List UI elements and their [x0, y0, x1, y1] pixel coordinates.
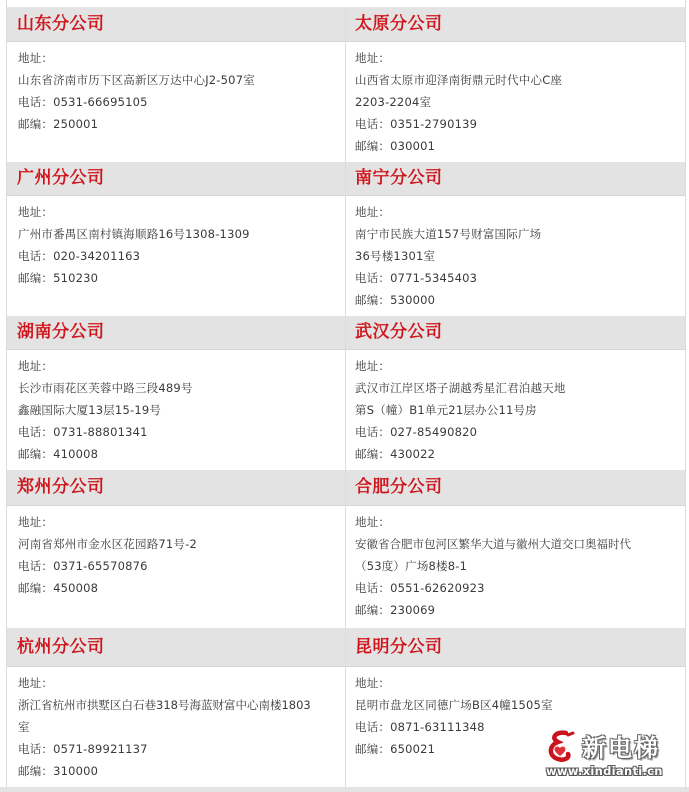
- address-label: 地址：: [355, 201, 675, 223]
- phone: 电话：020-34201163: [18, 245, 335, 267]
- address-label: 地址：: [355, 47, 675, 69]
- zip-code: 邮编：530000: [355, 289, 675, 311]
- office-title: 杭州分公司: [7, 628, 345, 667]
- phone: 电话：0351-2790139: [355, 113, 675, 135]
- address-line: 2203-2204室: [355, 91, 675, 113]
- address-label: 地址：: [355, 355, 675, 377]
- phone: 电话：0551-62620923: [355, 577, 675, 599]
- address-line: 室: [18, 716, 335, 738]
- office-card-hefei: 合肥分公司 地址： 安徽省合肥市包河区繁华大道与徽州大道交口奥福时代 （53度）…: [346, 470, 685, 628]
- phone: 电话：0571-89921137: [18, 738, 335, 760]
- phone: 电话：0531-66695105: [18, 91, 335, 113]
- office-title: 广州分公司: [7, 162, 345, 196]
- office-details: 地址： 长沙市雨花区芙蓉中路三段489号 鑫融国际大厦13层15-19号 电话：…: [7, 350, 345, 465]
- zip-code: 邮编：510230: [18, 267, 335, 289]
- address-line: 南宁市民族大道157号财富国际广场: [355, 223, 675, 245]
- office-details: 地址： 浙江省杭州市拱墅区白石巷318号海蓝财富中心南楼1803 室 电话：05…: [7, 667, 345, 782]
- office-card-hangzhou: 杭州分公司 地址： 浙江省杭州市拱墅区白石巷318号海蓝财富中心南楼1803 室…: [7, 628, 346, 788]
- bottom-header-band: [0, 787, 689, 792]
- watermark-brand: 新电梯: [582, 728, 660, 763]
- office-title: 郑州分公司: [7, 470, 345, 506]
- zip-code: 邮编：030001: [355, 135, 675, 157]
- address-label: 地址：: [18, 511, 335, 533]
- office-details: 地址： 山东省济南市历下区高新区万达中心J2-507室 电话：0531-6669…: [7, 42, 345, 135]
- office-title: 山东分公司: [7, 8, 345, 42]
- address-line: 第S（幢）B1单元21层办公11号房: [355, 399, 675, 421]
- phone: 电话：0371-65570876: [18, 555, 335, 577]
- branch-office-grid: 山东分公司 地址： 山东省济南市历下区高新区万达中心J2-507室 电话：053…: [6, 0, 686, 788]
- office-card-hunan: 湖南分公司 地址： 长沙市雨花区芙蓉中路三段489号 鑫融国际大厦13层15-1…: [7, 316, 346, 470]
- address-line: 安徽省合肥市包河区繁华大道与徽州大道交口奥福时代: [355, 533, 675, 555]
- office-details: 地址： 广州市番禺区南村镇海顺路16号1308-1309 电话：020-3420…: [7, 196, 345, 289]
- address-line: 广州市番禺区南村镇海顺路16号1308-1309: [18, 223, 335, 245]
- office-details: 地址： 武汉市江岸区塔子湖越秀星汇君泊越天地 第S（幢）B1单元21层办公11号…: [346, 350, 685, 465]
- address-label: 地址：: [355, 511, 675, 533]
- xindianti-logo-icon: [546, 730, 576, 762]
- address-label: 地址：: [18, 201, 335, 223]
- office-title: 昆明分公司: [346, 628, 685, 667]
- office-title: 太原分公司: [346, 8, 685, 42]
- phone: 电话：0771-5345403: [355, 267, 675, 289]
- office-card-zhengzhou: 郑州分公司 地址： 河南省郑州市金水区花园路71号-2 电话：0371-6557…: [7, 470, 346, 628]
- office-row: 湖南分公司 地址： 长沙市雨花区芙蓉中路三段489号 鑫融国际大厦13层15-1…: [7, 316, 685, 470]
- office-card-taiyuan: 太原分公司 地址： 山西省太原市迎泽南街鼎元时代中心C座 2203-2204室 …: [346, 8, 685, 162]
- office-row: 山东分公司 地址： 山东省济南市历下区高新区万达中心J2-507室 电话：053…: [7, 8, 685, 162]
- office-details: 地址： 南宁市民族大道157号财富国际广场 36号楼1301室 电话：0771-…: [346, 196, 685, 311]
- office-title: 合肥分公司: [346, 470, 685, 506]
- address-line: 山东省济南市历下区高新区万达中心J2-507室: [18, 69, 335, 91]
- phone: 电话：027-85490820: [355, 421, 675, 443]
- address-label: 地址：: [18, 672, 335, 694]
- zip-code: 邮编：310000: [18, 760, 335, 782]
- office-details: 地址： 河南省郑州市金水区花园路71号-2 电话：0371-65570876 邮…: [7, 506, 345, 599]
- address-label: 地址：: [355, 672, 675, 694]
- address-line: 山西省太原市迎泽南街鼎元时代中心C座: [355, 69, 675, 91]
- office-title: 湖南分公司: [7, 316, 345, 350]
- office-card-nanning: 南宁分公司 地址： 南宁市民族大道157号财富国际广场 36号楼1301室 电话…: [346, 162, 685, 316]
- office-title: 武汉分公司: [346, 316, 685, 350]
- office-title: 南宁分公司: [346, 162, 685, 196]
- address-label: 地址：: [18, 355, 335, 377]
- address-line: 浙江省杭州市拱墅区白石巷318号海蓝财富中心南楼1803: [18, 694, 335, 716]
- top-spacer: [7, 0, 685, 8]
- office-details: 地址： 安徽省合肥市包河区繁华大道与徽州大道交口奥福时代 （53度）广场8楼8-…: [346, 506, 685, 621]
- address-line: 长沙市雨花区芙蓉中路三段489号: [18, 377, 335, 399]
- address-line: 武汉市江岸区塔子湖越秀星汇君泊越天地: [355, 377, 675, 399]
- office-card-guangzhou: 广州分公司 地址： 广州市番禺区南村镇海顺路16号1308-1309 电话：02…: [7, 162, 346, 316]
- address-line: 36号楼1301室: [355, 245, 675, 267]
- zip-code: 邮编：250001: [18, 113, 335, 135]
- phone: 电话：0731-88801341: [18, 421, 335, 443]
- address-line: （53度）广场8楼8-1: [355, 555, 675, 577]
- zip-code: 邮编：450008: [18, 577, 335, 599]
- office-row: 广州分公司 地址： 广州市番禺区南村镇海顺路16号1308-1309 电话：02…: [7, 162, 685, 316]
- address-label: 地址：: [18, 47, 335, 69]
- zip-code: 邮编：430022: [355, 443, 675, 465]
- watermark-url: www.xindianti.cn: [546, 764, 663, 778]
- zip-code: 邮编：230069: [355, 599, 675, 621]
- office-row: 郑州分公司 地址： 河南省郑州市金水区花园路71号-2 电话：0371-6557…: [7, 470, 685, 628]
- address-line: 河南省郑州市金水区花园路71号-2: [18, 533, 335, 555]
- office-card-shandong: 山东分公司 地址： 山东省济南市历下区高新区万达中心J2-507室 电话：053…: [7, 8, 346, 162]
- address-line: 昆明市盘龙区同德广场B区4幢1505室: [355, 694, 675, 716]
- address-line: 鑫融国际大厦13层15-19号: [18, 399, 335, 421]
- office-details: 地址： 山西省太原市迎泽南街鼎元时代中心C座 2203-2204室 电话：035…: [346, 42, 685, 157]
- watermark: 新电梯 www.xindianti.cn: [546, 728, 686, 786]
- zip-code: 邮编：410008: [18, 443, 335, 465]
- office-card-wuhan: 武汉分公司 地址： 武汉市江岸区塔子湖越秀星汇君泊越天地 第S（幢）B1单元21…: [346, 316, 685, 470]
